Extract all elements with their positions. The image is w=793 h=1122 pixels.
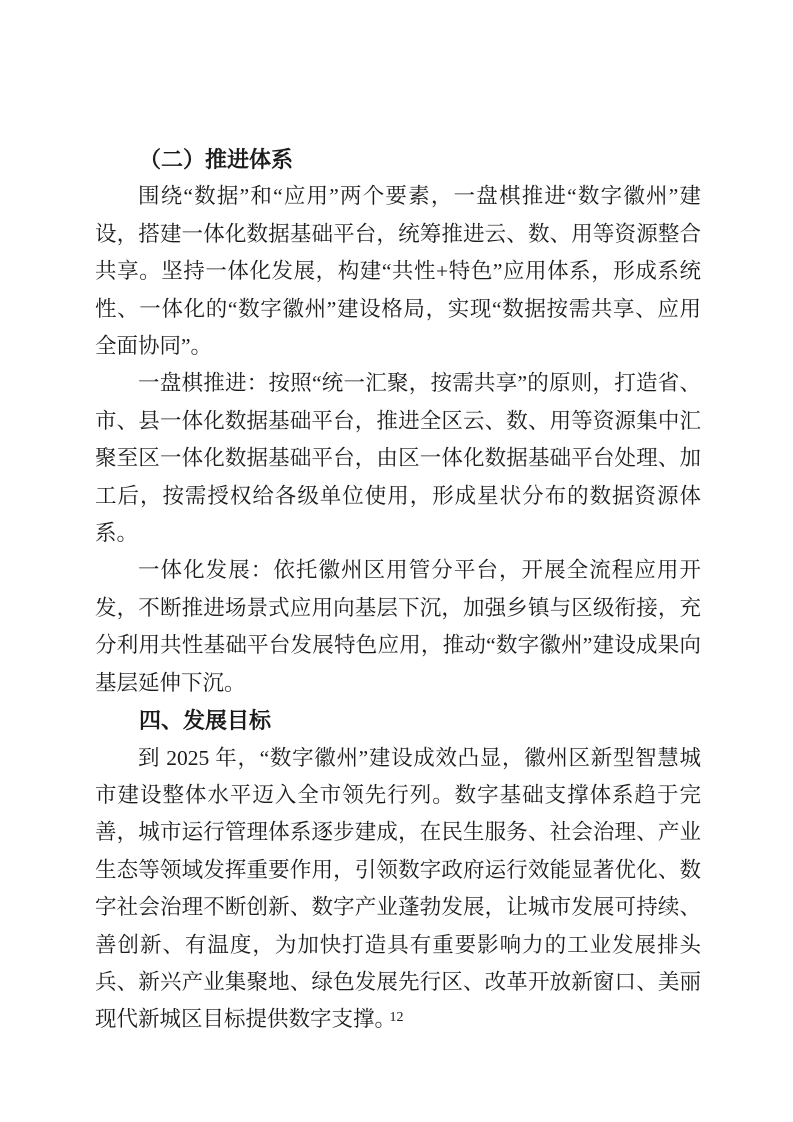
paragraph-yitihua-fazhan: 一体化发展：依托徽州区用管分平台，开展全流程应用开发，不断推进场景式应用向基层下…	[95, 552, 701, 702]
page-number: 12	[0, 1008, 793, 1028]
paragraph-weirao-shuju: 围绕“数据”和“应用”两个要素，一盘棋推进“数字徽州”建设，搭建一体化数据基础平…	[95, 178, 701, 365]
section-heading-fazhan-mubiao: 四、发展目标	[95, 702, 701, 739]
section-heading-tuijin-tixi: （二）推进体系	[95, 141, 701, 178]
document-page: （二）推进体系 围绕“数据”和“应用”两个要素，一盘棋推进“数字徽州”建设，搭建…	[0, 0, 793, 1122]
document-body: （二）推进体系 围绕“数据”和“应用”两个要素，一盘棋推进“数字徽州”建设，搭建…	[95, 141, 701, 1039]
paragraph-dao-2025: 到 2025 年，“数字徽州”建设成效凸显，徽州区新型智慧城市建设整体水平迈入全…	[95, 740, 701, 1039]
paragraph-yipanqi-tuijin: 一盘棋推进：按照“统一汇聚，按需共享”的原则，打造省、市、县一体化数据基础平台，…	[95, 365, 701, 552]
